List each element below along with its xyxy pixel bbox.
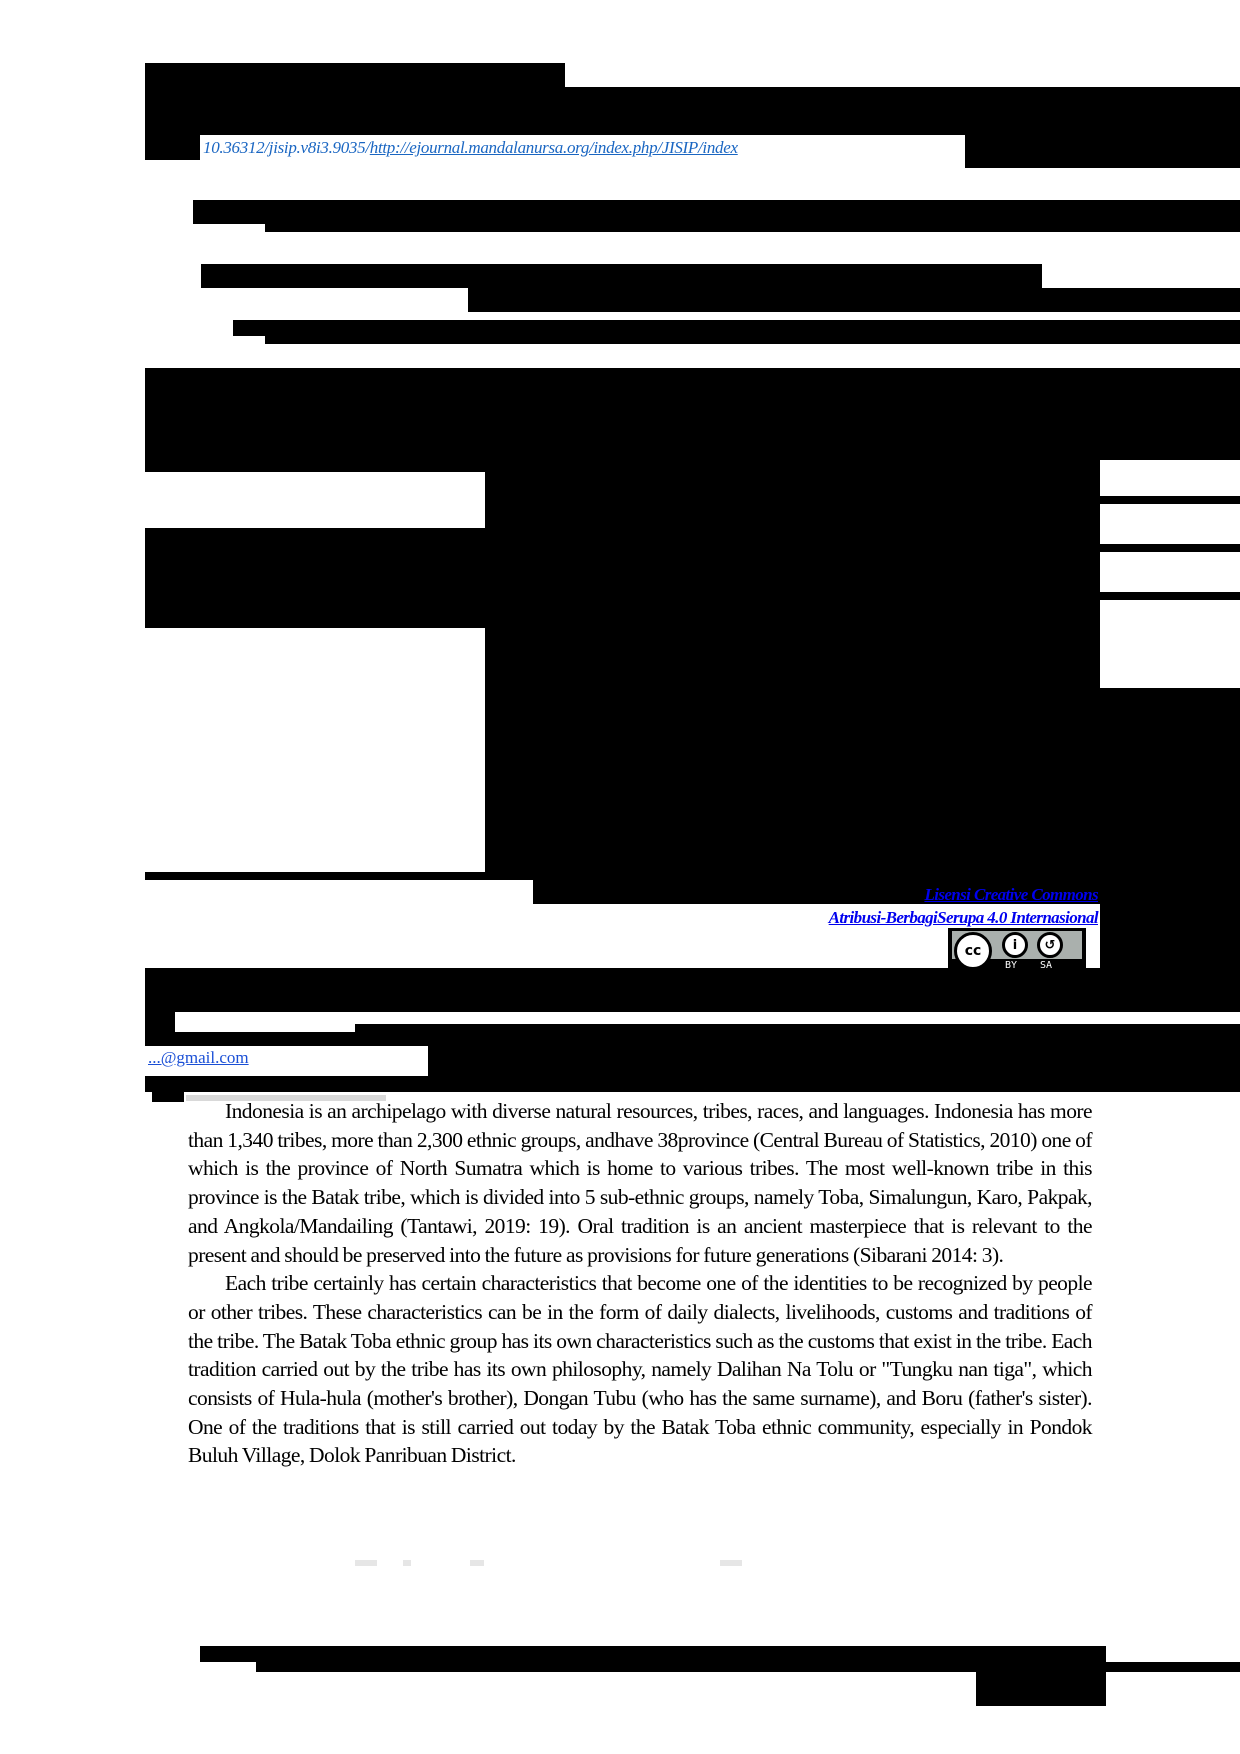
introduction-body: Indonesia is an archipelago with diverse… <box>188 1097 1092 1470</box>
correspondence-email-link[interactable]: ...@gmail.com <box>148 1048 249 1068</box>
doi-text: 10.36312/jisip.v8i3.9035/ <box>203 138 370 157</box>
redacted-license-mid <box>1100 904 1240 972</box>
redacted-correspondence <box>145 968 1240 1012</box>
redacted-affiliation <box>233 320 1240 336</box>
redacted-journal-logo <box>145 63 565 113</box>
redacted-authors <box>201 264 1042 288</box>
redacted-intro-heading <box>145 1076 1240 1092</box>
redacted-abstract-info <box>145 368 1240 460</box>
redacted-abstract-left <box>145 460 485 472</box>
redacted-article-info-bottom <box>145 872 1240 880</box>
faint-artifact <box>403 1560 411 1566</box>
redacted-affiliation-2 <box>265 336 1240 344</box>
redacted-license-left <box>533 880 1240 904</box>
redacted-footer-citation <box>200 1646 1106 1662</box>
sa-icon: ↺ <box>1037 932 1063 958</box>
redacted-article-title <box>193 200 1240 224</box>
journal-url-link[interactable]: http://ejournal.mandalanursa.org/index.p… <box>370 138 738 157</box>
redacted-journal-subheader <box>145 113 1240 135</box>
redacted-authors-2 <box>468 288 1240 312</box>
redacted-right-block <box>1100 688 1240 872</box>
redacted-email-row-right <box>428 1046 1240 1076</box>
redacted-journal-right <box>965 135 1240 168</box>
redacted-right-strip-2 <box>1100 544 1240 552</box>
redacted-right-strip-3 <box>1100 592 1240 600</box>
redacted-journal-header <box>565 87 1240 113</box>
faint-artifact <box>720 1560 742 1566</box>
faint-artifact <box>355 1560 377 1566</box>
license-link-line1[interactable]: Lisensi Creative Commons <box>924 885 1098 905</box>
license-link-line2[interactable]: Atribusi-BerbagiSerupa 4.0 Internasional <box>829 908 1098 928</box>
doi-line: 10.36312/jisip.v8i3.9035/http://ejournal… <box>203 138 738 158</box>
redacted-correspondence-4 <box>145 1032 1240 1046</box>
redacted-page-number <box>976 1672 1106 1706</box>
redacted-intro-heading-2 <box>152 1092 184 1102</box>
redacted-correspondence-3 <box>355 1024 1240 1032</box>
redacted-article-title-2 <box>265 224 1240 232</box>
cc-by-sa-badge[interactable]: cc i ↺ BY SA <box>948 928 1086 972</box>
faint-artifact <box>470 1560 484 1566</box>
paragraph-2: Each tribe certainly has certain charact… <box>188 1269 1092 1470</box>
redacted-correspondence-2 <box>145 1012 175 1032</box>
redacted-right-strip-1 <box>1100 496 1240 504</box>
redacted-footer-rule <box>1106 1662 1240 1672</box>
cc-icon: cc <box>954 932 992 970</box>
by-icon: i <box>1002 932 1028 958</box>
redacted-footer-citation-2 <box>256 1662 1106 1672</box>
redacted-journal-subheader-left <box>145 135 200 160</box>
redacted-keywords <box>145 528 485 628</box>
paragraph-1: Indonesia is an archipelago with diverse… <box>188 1097 1092 1269</box>
redacted-abstract-body <box>485 460 1100 872</box>
